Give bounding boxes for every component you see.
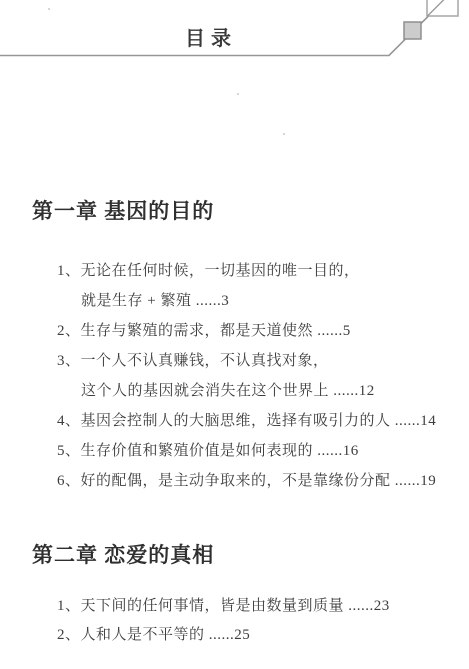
toc-entry-line: 3、一个人不认真赚钱，不认真找对象， bbox=[57, 346, 436, 376]
toc-entry-line: 1、无论在任何时候，一切基因的唯一目的， bbox=[57, 256, 436, 286]
toc-entry-line: 1、天下间的任何事情，皆是由数量到质量 ......23 bbox=[57, 592, 390, 621]
corner-outline-square bbox=[427, 0, 458, 16]
toc-entry-line: 这个人的基因就会消失在这个世界上 ......12 bbox=[57, 376, 436, 406]
chapter-1-entries: 1、无论在任何时候，一切基因的唯一目的， 就是生存 + 繁殖 ......3 2… bbox=[57, 256, 436, 496]
chapter-1-heading: 第一章 基因的目的 bbox=[32, 195, 214, 225]
toc-entry-line: 4、基因会控制人的大脑思维，选择有吸引力的人 ......14 bbox=[57, 406, 436, 436]
toc-page: 目录 第一章 基因的目的 1、无论在任何时候，一切基因的唯一目的， 就是生存 +… bbox=[0, 0, 469, 669]
scan-speckle bbox=[48, 8, 50, 10]
toc-entry-line: 5、生存价值和繁殖价值是如何表现的 ......16 bbox=[57, 436, 436, 466]
toc-entry-line: 就是生存 + 繁殖 ......3 bbox=[57, 286, 436, 316]
toc-entry-line: 6、好的配偶，是主动争取来的，不是靠缘份分配 ......19 bbox=[57, 466, 436, 496]
scan-speckle bbox=[283, 133, 285, 135]
chapter-2-heading: 第二章 恋爱的真相 bbox=[32, 539, 214, 569]
toc-entry-line: 2、生存与繁殖的需求，都是天道使然 ......5 bbox=[57, 316, 436, 346]
toc-entry-line: 2、人和人是不平等的 ......25 bbox=[57, 621, 390, 650]
chapter-2-entries: 1、天下间的任何事情，皆是由数量到质量 ......23 2、人和人是不平等的 … bbox=[57, 592, 390, 650]
scan-speckle bbox=[237, 93, 239, 95]
corner-filled-square bbox=[404, 22, 421, 39]
page-title: 目录 bbox=[185, 22, 237, 51]
